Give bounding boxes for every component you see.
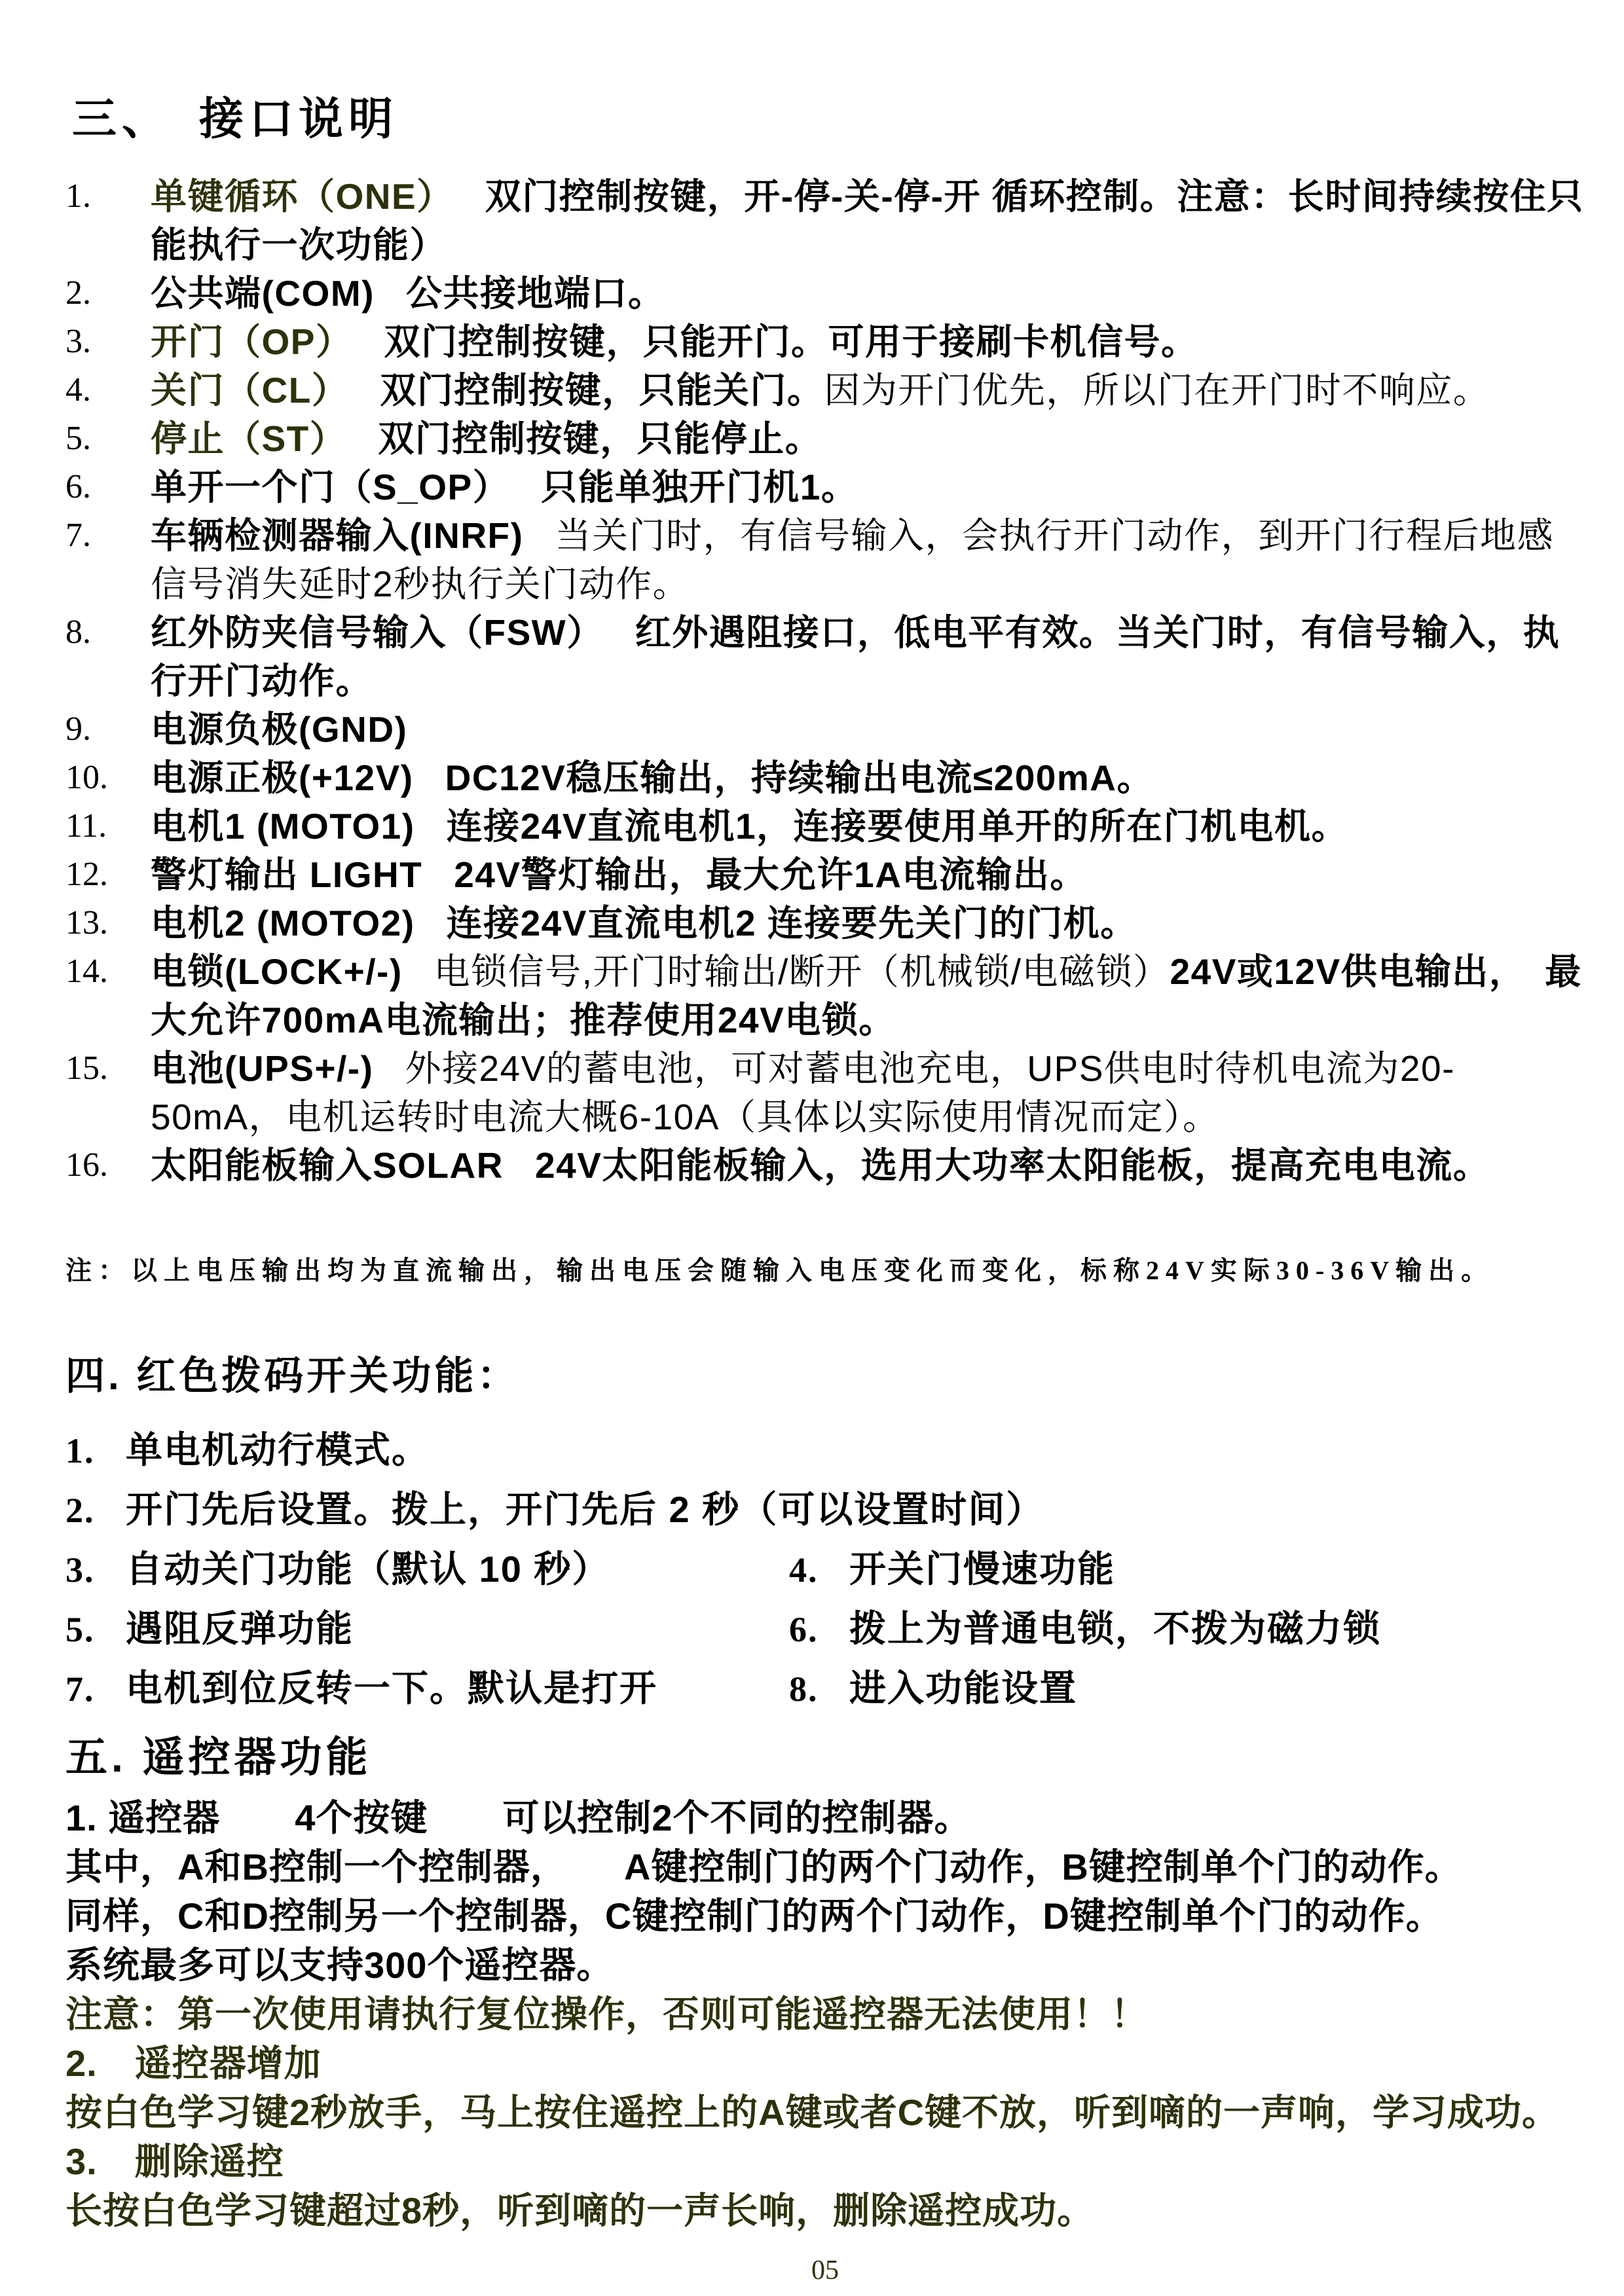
list-item: 4. 关门（CL）双门控制按键，只能关门。因为开门优先，所以门在开门时不响应。	[65, 366, 1585, 414]
list-item: 2. 公共端(COM)公共接地端口。	[65, 269, 1585, 318]
page-number: 05	[65, 2255, 1585, 2286]
remote-line: 按白色学习键2秒放手，马上按住遥控上的A键或者C键不放，听到嘀的一声响，学习成功…	[65, 2088, 1585, 2137]
item-desc: 双门控制按键，只能关门。	[380, 370, 824, 410]
item-body: 电锁(LOCK+/-)电锁信号,开门时输出/断开（机械锁/电磁锁）24V或12V…	[151, 947, 1585, 1044]
item-body: 太阳能板输入SOLAR24V太阳能板输入，选用大功率太阳能板，提高充电电流。	[151, 1141, 1585, 1190]
remote-section: 1. 遥控器 4个按键 可以控制2个不同的控制器。 其中，A和B控制一个控制器，…	[65, 1793, 1585, 2235]
list-item: 11. 电机1 (MOTO1)连接24V直流电机1，连接要使用单开的所在门机电机…	[65, 802, 1585, 850]
item-number: 2.	[65, 269, 151, 318]
dip-item: 7.电机到位反转一下。默认是打开	[65, 1659, 789, 1719]
item-number: 5.	[65, 1600, 98, 1659]
list-item: 8. 红外防夹信号输入（FSW）红外遇阻接口，低电平有效。当关门时，有信号输入，…	[65, 608, 1585, 705]
item-number: 3.	[65, 1540, 98, 1599]
item-label: 停止（ST）	[151, 418, 346, 459]
dip-item: 6.拨上为普通电锁，不拨为磁力锁	[789, 1599, 1381, 1659]
voltage-note: 注：以上电压输出均为直流输出，输出电压会随输入电压变化而变化，标称24V实际30…	[65, 1250, 1585, 1287]
item-label: 车辆检测器输入(INRF)	[151, 515, 523, 556]
list-item: 1. 单键循环（ONE）双门控制按键，开-停-关-停-开 循环控制。注意：长时间…	[65, 172, 1585, 269]
item-desc-secondary: 电锁信号,开门时输出/断开（机械锁/电磁锁）	[434, 951, 1170, 992]
list-item: 15. 电池(UPS+/-)外接24V的蓄电池，可对蓄电池充电，UPS供电时待机…	[65, 1044, 1585, 1141]
dip-item-text: 拨上为普通电锁，不拨为磁力锁	[849, 1608, 1381, 1649]
item-number: 2.	[65, 1481, 98, 1540]
item-desc: 双门控制按键，只能开门。可用于接刷卡机信号。	[384, 321, 1198, 362]
item-number: 6.	[789, 1600, 822, 1659]
remote-line-warning: 注意：第一次使用请执行复位操作，否则可能遥控器无法使用！！	[65, 1990, 1585, 2039]
list-item: 7. 车辆检测器输入(INRF)当关门时，有信号输入，会执行开门动作，到开门行程…	[65, 511, 1585, 608]
list-item: 12. 警灯输出 LIGHT24V警灯输出，最大允许1A电流输出。	[65, 850, 1585, 899]
interface-list: 1. 单键循环（ONE）双门控制按键，开-停-关-停-开 循环控制。注意：长时间…	[65, 172, 1585, 1190]
dip-item-text: 开关门慢速功能	[849, 1548, 1115, 1590]
remote-line: 系统最多可以支持300个遥控器。	[65, 1941, 1585, 1990]
item-body: 电机2 (MOTO2)连接24V直流电机2 连接要先关门的门机。	[151, 899, 1585, 947]
item-label: 电源负极(GND)	[151, 709, 407, 750]
item-desc: 只能单独开门机1。	[541, 467, 858, 507]
item-body: 公共端(COM)公共接地端口。	[151, 269, 1585, 318]
item-label: 电机2 (MOTO2)	[151, 903, 415, 943]
item-number: 1.	[65, 172, 151, 269]
list-item: 13. 电机2 (MOTO2)连接24V直流电机2 连接要先关门的门机。	[65, 899, 1585, 947]
remote-line: 同样，C和D控制另一个控制器，C键控制门的两个门动作，D键控制单个门的动作。	[65, 1891, 1585, 1941]
list-item: 10. 电源正极(+12V)DC12V稳压输出，持续输出电流≤200mA。	[65, 754, 1585, 802]
item-desc: 连接24V直流电机2 连接要先关门的门机。	[447, 903, 1137, 943]
manual-page: 三、 接口说明 1. 单键循环（ONE）双门控制按键，开-停-关-停-开 循环控…	[0, 0, 1624, 2296]
dip-item-text: 自动关门功能（默认 10 秒）	[126, 1548, 610, 1590]
item-body: 电池(UPS+/-)外接24V的蓄电池，可对蓄电池充电，UPS供电时待机电流为2…	[151, 1044, 1585, 1141]
dip-item-text: 进入功能设置	[849, 1667, 1077, 1709]
remote-line: 长按白色学习键超过8秒，听到嘀的一声长响，删除遥控成功。	[65, 2186, 1585, 2235]
item-body: 单开一个门（S_OP）只能单独开门机1。	[151, 463, 1585, 511]
item-body: 电源负极(GND)	[151, 705, 1585, 754]
item-number: 5.	[65, 414, 151, 463]
item-number: 8.	[789, 1660, 822, 1719]
list-item: 16. 太阳能板输入SOLAR24V太阳能板输入，选用大功率太阳能板，提高充电电…	[65, 1141, 1585, 1190]
item-desc: DC12V稳压输出，持续输出电流≤200mA。	[445, 757, 1154, 798]
item-label: 警灯输出 LIGHT	[151, 854, 422, 895]
list-item: 5. 停止（ST）双门控制按键，只能停止。	[65, 414, 1585, 463]
remote-line: 2. 遥控器增加	[65, 2039, 1585, 2088]
item-label: 开门（OP）	[151, 321, 352, 362]
item-body: 停止（ST）双门控制按键，只能停止。	[151, 414, 1585, 463]
item-number: 6.	[65, 463, 151, 511]
dip-item: 4.开关门慢速功能	[789, 1540, 1115, 1599]
item-number: 1.	[65, 1421, 98, 1480]
remote-line: 3. 删除遥控	[65, 2137, 1585, 2186]
item-label: 单键循环（ONE）	[151, 176, 454, 217]
dip-item: 8.进入功能设置	[789, 1659, 1077, 1719]
item-number: 15.	[65, 1044, 151, 1141]
item-body: 车辆检测器输入(INRF)当关门时，有信号输入，会执行开门动作，到开门行程后地感…	[151, 511, 1585, 608]
dip-row: 7.电机到位反转一下。默认是打开 8.进入功能设置	[65, 1659, 1585, 1719]
item-number: 14.	[65, 947, 151, 1044]
item-body: 电源正极(+12V)DC12V稳压输出，持续输出电流≤200mA。	[151, 754, 1585, 802]
dip-row: 5.遇阻反弹功能 6.拨上为普通电锁，不拨为磁力锁	[65, 1599, 1585, 1659]
section-three-title: 三、 接口说明	[72, 84, 1585, 147]
section-five-title: 五. 遥控器功能	[65, 1724, 1585, 1784]
item-number: 13.	[65, 899, 151, 947]
list-item: 9. 电源负极(GND)	[65, 705, 1585, 754]
item-number: 9.	[65, 705, 151, 754]
item-number: 11.	[65, 802, 151, 850]
item-body: 电机1 (MOTO1)连接24V直流电机1，连接要使用单开的所在门机电机。	[151, 802, 1585, 850]
item-desc: 公共接地端口。	[406, 273, 665, 314]
item-desc: 双门控制按键，只能停止。	[378, 418, 822, 459]
dip-item: 3.自动关门功能（默认 10 秒）	[65, 1540, 789, 1599]
item-number: 7.	[65, 1660, 98, 1719]
remote-line: 其中，A和B控制一个控制器， A键控制门的两个门动作，B键控制单个门的动作。	[65, 1842, 1585, 1891]
dip-item-text: 电机到位反转一下。默认是打开	[126, 1667, 657, 1709]
dip-item: 1.单电机动行模式。	[65, 1421, 1585, 1480]
item-label: 电池(UPS+/-)	[151, 1048, 373, 1089]
dip-row: 3.自动关门功能（默认 10 秒） 4.开关门慢速功能	[65, 1540, 1585, 1599]
dip-switch-list: 1.单电机动行模式。 2.开门先后设置。拨上，开门先后 2 秒（可以设置时间） …	[65, 1421, 1585, 1719]
item-number: 4.	[65, 366, 151, 414]
item-body: 单键循环（ONE）双门控制按键，开-停-关-停-开 循环控制。注意：长时间持续按…	[151, 172, 1585, 269]
item-number: 10.	[65, 754, 151, 802]
item-number: 7.	[65, 511, 151, 608]
list-item: 14. 电锁(LOCK+/-)电锁信号,开门时输出/断开（机械锁/电磁锁）24V…	[65, 947, 1585, 1044]
dip-item-text: 开门先后设置。拨上，开门先后 2 秒（可以设置时间）	[126, 1489, 1044, 1530]
remote-line: 1. 遥控器 4个按键 可以控制2个不同的控制器。	[65, 1793, 1585, 1842]
item-body: 红外防夹信号输入（FSW）红外遇阻接口，低电平有效。当关门时，有信号输入，执行开…	[151, 608, 1585, 705]
item-label: 电机1 (MOTO1)	[151, 806, 415, 847]
item-desc: 连接24V直流电机1，连接要使用单开的所在门机电机。	[447, 806, 1348, 847]
item-label: 红外防夹信号输入（FSW）	[151, 612, 604, 653]
item-desc: 24V警灯输出，最大允许1A电流输出。	[454, 854, 1087, 895]
item-number: 16.	[65, 1141, 151, 1190]
item-body: 开门（OP）双门控制按键，只能开门。可用于接刷卡机信号。	[151, 318, 1585, 366]
item-label: 电源正极(+12V)	[151, 757, 414, 798]
item-label: 太阳能板输入SOLAR	[151, 1145, 504, 1186]
item-desc-secondary: 因为开门优先，所以门在开门时不响应。	[824, 370, 1490, 410]
list-item: 6. 单开一个门（S_OP）只能单独开门机1。	[65, 463, 1585, 511]
item-label: 电锁(LOCK+/-)	[151, 951, 403, 992]
item-number: 8.	[65, 608, 151, 705]
dip-item-text: 单电机动行模式。	[126, 1429, 430, 1470]
item-number: 4.	[789, 1540, 822, 1599]
item-desc: 24V太阳能板输入，选用大功率太阳能板，提高充电电流。	[535, 1145, 1490, 1186]
item-label: 单开一个门（S_OP）	[151, 467, 509, 507]
dip-item-text: 遇阻反弹功能	[126, 1608, 354, 1649]
dip-item: 5.遇阻反弹功能	[65, 1599, 789, 1659]
item-body: 关门（CL）双门控制按键，只能关门。因为开门优先，所以门在开门时不响应。	[151, 366, 1585, 414]
item-label: 公共端(COM)	[151, 273, 375, 314]
item-label: 关门（CL）	[151, 370, 348, 410]
list-item: 3. 开门（OP）双门控制按键，只能开门。可用于接刷卡机信号。	[65, 318, 1585, 366]
section-four-title: 四. 红色拨码开关功能：	[65, 1345, 1585, 1401]
item-number: 3.	[65, 318, 151, 366]
dip-item: 2.开门先后设置。拨上，开门先后 2 秒（可以设置时间）	[65, 1480, 1585, 1540]
item-number: 12.	[65, 850, 151, 899]
item-body: 警灯输出 LIGHT24V警灯输出，最大允许1A电流输出。	[151, 850, 1585, 899]
